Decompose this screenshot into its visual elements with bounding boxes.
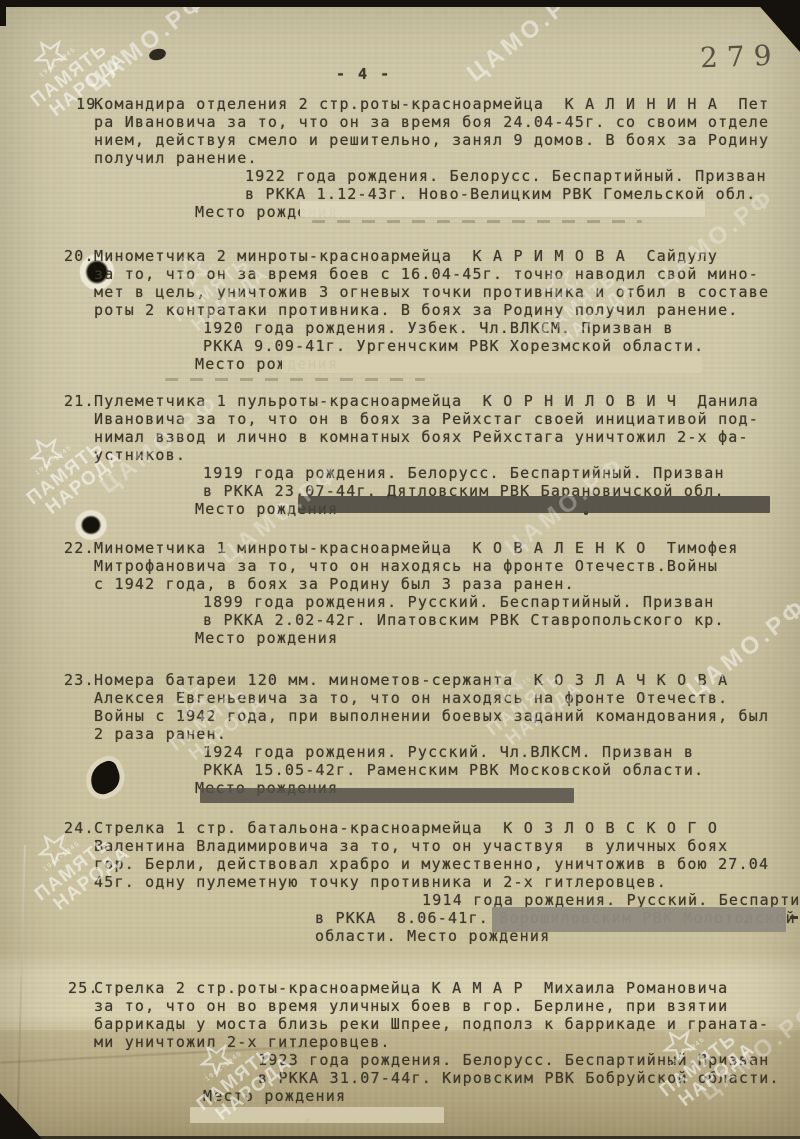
entry-detail-line: в РККА 2.02-42г. Ипатовским РВК Ставропо… (203, 611, 800, 629)
ink-blot (148, 47, 167, 62)
entry-number: 23. (64, 671, 95, 689)
entry-detail-line: в РККА 31.07-44г. Кировским РВК Бобруйск… (258, 1069, 800, 1087)
redaction-bar (190, 1107, 444, 1123)
entry-body-line: нием, действуя смело и решительно, занял… (94, 131, 800, 149)
redaction-remnant-marks (312, 220, 642, 223)
entry-body-line: Пулеметчика 1 пульроты-красноармейца К О… (94, 392, 800, 410)
entry-detail-line: 1922 года рождения. Белорусс. Беспартийн… (245, 167, 800, 185)
entry-body: Стрелка 1 стр. батальона-красноармейца К… (94, 819, 800, 891)
entry-detail-line: 1920 года рождения. Узбек. Чл.ВЛКСМ. При… (203, 319, 800, 337)
entry-body-line: за то, что он за время боев с 16.04-45г.… (94, 265, 800, 283)
entry-body-line: мет в цель, уничтожив 3 огневых точки пр… (94, 283, 800, 301)
redaction-bar (300, 201, 705, 217)
redaction-bar (200, 788, 574, 803)
entry-body-line: за то, что он во время уличных боев в го… (94, 997, 800, 1015)
memory-star-icon (26, 31, 74, 79)
entry: 21. Пулеметчика 1 пульроты-красноармейца… (0, 392, 800, 518)
entry-body-line: Алексея Евгеньевича за то, что он находя… (94, 689, 800, 707)
redaction-bar (492, 907, 786, 932)
entry-body-line: Командира отделения 2 стр.роты-красноарм… (94, 95, 800, 113)
entry-body-line: нимал взвод и лично в комнатных боях Рей… (94, 428, 800, 446)
entry-detail-line: 1924 года рождения. Русский. Чл.ВЛКСМ. П… (203, 743, 800, 761)
entry-detail-line: 1923 года рождения. Белорусс. Беспартийн… (258, 1051, 800, 1069)
document-scan-page: 279 - 4 - 19. Командира отделения 2 стр.… (0, 0, 800, 1139)
entry-body-line: 2 раза ранен. (94, 725, 800, 743)
camo-rf-watermark: ЦАМО.РФ (462, 0, 593, 88)
entry-detail-line: Место рождения (195, 629, 800, 647)
redaction-remnant-marks (165, 378, 425, 381)
entry-number: 25. (68, 979, 99, 997)
entry-number: 22. (64, 539, 95, 557)
redaction-bar (282, 356, 702, 373)
watermark-years: 1941-1945 (38, 46, 77, 79)
entry: 23. Номера батареи 120 мм. минометов-сер… (0, 671, 800, 797)
redaction-bar (298, 496, 770, 513)
entry-number: 21. (64, 392, 95, 410)
entry-body: Пулеметчика 1 пульроты-красноармейца К О… (94, 392, 800, 464)
entry-body-line: Митрофановича за то, что он находясь на … (94, 557, 800, 575)
entry-body: Номера батареи 120 мм. минометов-сержант… (94, 671, 800, 743)
entry-body-line: Ивановича за то, что он в боях за Рейхст… (94, 410, 800, 428)
entry: 25. Стрелка 2 стр.роты-красноармейца К А… (0, 979, 800, 1105)
entry-body-line: с 1942 года, в боях за Родину был 3 раза… (94, 575, 800, 593)
entry-body: Командира отделения 2 стр.роты-красноарм… (94, 95, 800, 167)
entry-body: Минометчика 1 минроты-красноармейца К О … (94, 539, 800, 593)
entry-body: Стрелка 2 стр.роты-красноармейца К А М А… (94, 979, 800, 1051)
entry-details: 1899 года рождения. Русский. Беспартийны… (203, 593, 800, 647)
entry: 19. Командира отделения 2 стр.роты-красн… (0, 95, 800, 221)
entry-number: 20. (64, 247, 95, 265)
entry-body-line: Стрелка 1 стр. батальона-красноармейца К… (94, 819, 800, 837)
page-stamp-number: 279 (699, 39, 781, 75)
entry-body-line: Минометчика 1 минроты-красноармейца К О … (94, 539, 800, 557)
camo-rf-watermark: ЦАМО.РФ (82, 0, 213, 98)
entry-body: Минометчика 2 минроты-красноармейца К А … (94, 247, 800, 319)
entry-detail-line: РККА 9.09-41г. Ургенчским РВК Хорезмской… (203, 337, 800, 355)
entry-detail-line: 1919 года рождения. Белорусс. Беспартийн… (203, 464, 800, 482)
entry-body-line: устников. (94, 446, 800, 464)
entry-body-line: получил ранение. (94, 149, 800, 167)
entry-body-line: Войны с 1942 года, при выполнении боевых… (94, 707, 800, 725)
entry-body-line: роты 2 контратаки противника. В боях за … (94, 301, 800, 319)
entry-body-line: Стрелка 2 стр.роты-красноармейца К А М А… (94, 979, 800, 997)
entry-body-line: Минометчика 2 минроты-красноармейца К А … (94, 247, 800, 265)
entry: 24. Стрелка 1 стр. батальона-красноармей… (0, 819, 800, 945)
entry-body-line: Номера батареи 120 мм. минометов-сержант… (94, 671, 800, 689)
entry-details: 1923 года рождения. Белорусс. Беспартийн… (258, 1051, 800, 1105)
entry-body-line: ми уничтожил 2-х гитлеровцев. (94, 1033, 800, 1051)
scan-edge-top (0, 0, 800, 7)
entry-body-line: 45г. одну пулеметную точку противника и … (94, 873, 800, 891)
entry-detail-line: 1899 года рождения. Русский. Беспартийны… (203, 593, 800, 611)
entry-body-line: Валентина Владимировича за то, что он уч… (94, 837, 800, 855)
entry: 20. Минометчика 2 минроты-красноармейца … (0, 247, 800, 373)
entry-number: 19. (76, 95, 107, 113)
entry-body-line: гор. Берли, действовал храбро и мужестве… (94, 855, 800, 873)
entry-detail-line: РККА 15.05-42г. Раменским РВК Московской… (203, 761, 800, 779)
entry-detail-line: Место рождения (203, 1087, 800, 1105)
entry-body-line: ра Ивановича за то, что он за время боя … (94, 113, 800, 131)
entry-number: 24. (64, 819, 95, 837)
page-header-number: - 4 - (336, 65, 391, 83)
scan-edge-left (0, 0, 6, 26)
entry: 22. Минометчика 1 минроты-красноармейца … (0, 539, 800, 647)
trailing-dash-mark (790, 916, 798, 919)
entry-body-line: баррикады у моста близь реки Шпрее, подп… (94, 1015, 800, 1033)
